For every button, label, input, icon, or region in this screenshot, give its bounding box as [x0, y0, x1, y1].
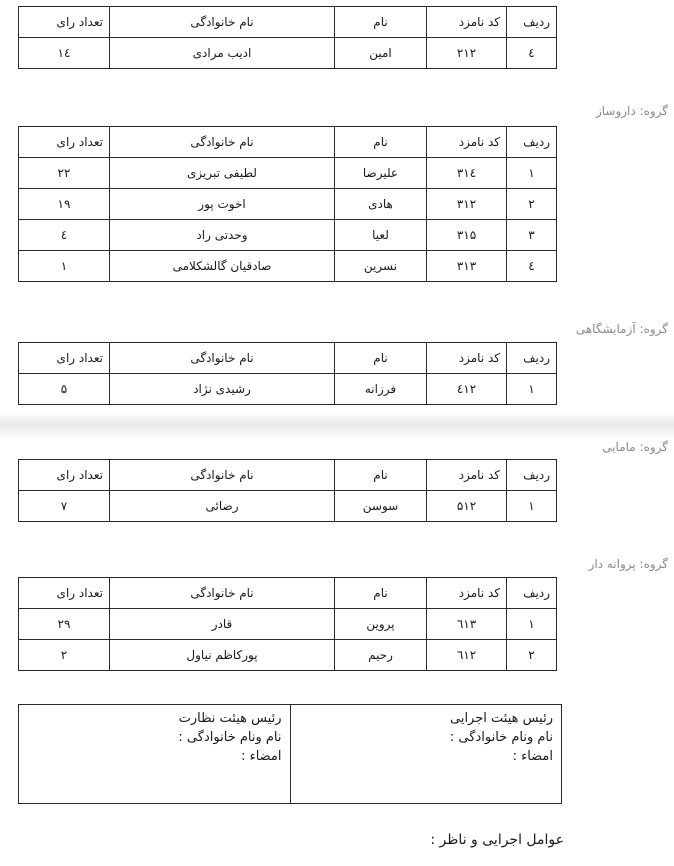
executive-title: رئیس هیئت اجرایی	[299, 709, 554, 728]
table-header-row: ردیف کد نامزد نام نام خانوادگی تعداد رای	[19, 127, 557, 158]
scan-smudge	[0, 412, 674, 440]
cell-name: پروین	[335, 609, 427, 640]
cell-radif: ۲	[507, 189, 557, 220]
cell-votes: ۵	[19, 374, 110, 405]
table-row: ۱ ٦۱۳ پروین قادر ۲۹	[19, 609, 557, 640]
cell-votes: ۲۹	[19, 609, 110, 640]
header-radif: ردیف	[507, 127, 557, 158]
table-header-row: ردیف کد نامزد نام نام خانوادگی تعداد رای	[19, 578, 557, 609]
executive-sign-label: امضاء :	[299, 747, 554, 766]
cell-family: پورکاظم نیاول	[110, 640, 335, 671]
cell-name: رحیم	[335, 640, 427, 671]
group-label-pharmacist: گروه: داروساز	[596, 104, 668, 118]
header-votes: تعداد رای	[19, 460, 110, 491]
cell-votes: ۱۹	[19, 189, 110, 220]
header-radif: ردیف	[507, 343, 557, 374]
header-name: نام	[335, 343, 427, 374]
cell-radif: ۱	[507, 374, 557, 405]
group-label-midwifery: گروه: مامایی	[602, 440, 668, 454]
cell-family: رشیدی نژاد	[110, 374, 335, 405]
cell-name: نسرین	[335, 251, 427, 282]
signature-box: رئیس هیئت اجرایی نام ونام خانوادگی : امض…	[18, 704, 562, 804]
cell-votes: ۱٤	[19, 38, 110, 69]
cell-code: ۵۱۲	[427, 491, 507, 522]
executive-name-label: نام ونام خانوادگی :	[299, 728, 554, 747]
header-code: کد نامزد	[427, 7, 507, 38]
group-label-licensed: گروه: پروانه دار	[589, 557, 668, 571]
cell-name: فرزانه	[335, 374, 427, 405]
table-row: ۱ ٤۱۲ فرزانه رشیدی نژاد ۵	[19, 374, 557, 405]
header-family: نام خانوادگی	[110, 7, 335, 38]
cell-family: اخوت پور	[110, 189, 335, 220]
table-row: ۱ ۵۱۲ سوسن رضائی ۷	[19, 491, 557, 522]
table-header-row: ردیف کد نامزد نام نام خانوادگی تعداد رای	[19, 460, 557, 491]
header-votes: تعداد رای	[19, 7, 110, 38]
supervisory-name-label: نام ونام خانوادگی :	[27, 728, 282, 747]
cell-name: لعیا	[335, 220, 427, 251]
cell-radif: ۳	[507, 220, 557, 251]
cell-code: ۳۱۳	[427, 251, 507, 282]
header-name: نام	[335, 127, 427, 158]
cell-family: صادقیان گالشکلامی	[110, 251, 335, 282]
supervisory-sign-label: امضاء :	[27, 747, 282, 766]
cell-code: ۳۱۵	[427, 220, 507, 251]
cell-code: ۳۱۲	[427, 189, 507, 220]
cell-radif: ۱	[507, 609, 557, 640]
cell-votes: ٤	[19, 220, 110, 251]
cell-votes: ۷	[19, 491, 110, 522]
header-radif: ردیف	[507, 578, 557, 609]
cell-votes: ۲	[19, 640, 110, 671]
cell-code: ۳۱٤	[427, 158, 507, 189]
table-header-row: ردیف کد نامزد نام نام خانوادگی تعداد رای	[19, 343, 557, 374]
cell-code: ٦۱۳	[427, 609, 507, 640]
votes-table-continued: ردیف کد نامزد نام نام خانوادگی تعداد رای…	[18, 6, 557, 69]
votes-table-pharmacist: ردیف کد نامزد نام نام خانوادگی تعداد رای…	[18, 126, 557, 282]
header-radif: ردیف	[507, 7, 557, 38]
votes-table-licensed: ردیف کد نامزد نام نام خانوادگی تعداد رای…	[18, 577, 557, 671]
cell-code: ٦۱۲	[427, 640, 507, 671]
cell-family: رضائی	[110, 491, 335, 522]
header-code: کد نامزد	[427, 578, 507, 609]
cell-family: لطیفی تبریزی	[110, 158, 335, 189]
header-family: نام خانوادگی	[110, 460, 335, 491]
cell-name: علیرضا	[335, 158, 427, 189]
cell-votes: ۲۲	[19, 158, 110, 189]
table-header-row: ردیف کد نامزد نام نام خانوادگی تعداد رای	[19, 7, 557, 38]
supervisory-title: رئیس هیئت نظارت	[27, 709, 282, 728]
cell-radif: ۲	[507, 640, 557, 671]
header-name: نام	[335, 7, 427, 38]
cell-radif: ٤	[507, 38, 557, 69]
group-label-laboratory: گروه: آزمایشگاهی	[576, 322, 668, 336]
header-code: کد نامزد	[427, 460, 507, 491]
header-family: نام خانوادگی	[110, 343, 335, 374]
header-votes: تعداد رای	[19, 578, 110, 609]
table-row: ٤ ۲۱۲ امین ادیب مرادی ۱٤	[19, 38, 557, 69]
cell-family: قادر	[110, 609, 335, 640]
cell-code: ۲۱۲	[427, 38, 507, 69]
table-row: ۲ ۳۱۲ هادی اخوت پور ۱۹	[19, 189, 557, 220]
footer-note: عوامل اجرایی و ناظر :	[430, 832, 564, 848]
table-row: ۳ ۳۱۵ لعیا وحدتی راد ٤	[19, 220, 557, 251]
cell-radif: ۱	[507, 491, 557, 522]
header-radif: ردیف	[507, 460, 557, 491]
cell-name: هادی	[335, 189, 427, 220]
header-name: نام	[335, 460, 427, 491]
cell-name: سوسن	[335, 491, 427, 522]
cell-name: امین	[335, 38, 427, 69]
table-row: ۲ ٦۱۲ رحیم پورکاظم نیاول ۲	[19, 640, 557, 671]
votes-table-midwifery: ردیف کد نامزد نام نام خانوادگی تعداد رای…	[18, 459, 557, 522]
table-row: ٤ ۳۱۳ نسرین صادقیان گالشکلامی ۱	[19, 251, 557, 282]
cell-code: ٤۱۲	[427, 374, 507, 405]
header-name: نام	[335, 578, 427, 609]
cell-radif: ٤	[507, 251, 557, 282]
cell-radif: ۱	[507, 158, 557, 189]
header-votes: تعداد رای	[19, 127, 110, 158]
cell-family: ادیب مرادی	[110, 38, 335, 69]
header-family: نام خانوادگی	[110, 127, 335, 158]
table-row: ۱ ۳۱٤ علیرضا لطیفی تبریزی ۲۲	[19, 158, 557, 189]
cell-votes: ۱	[19, 251, 110, 282]
votes-table-laboratory: ردیف کد نامزد نام نام خانوادگی تعداد رای…	[18, 342, 557, 405]
header-code: کد نامزد	[427, 127, 507, 158]
cell-family: وحدتی راد	[110, 220, 335, 251]
supervisory-signature-cell: رئیس هیئت نظارت نام ونام خانوادگی : امضا…	[19, 705, 291, 803]
header-family: نام خانوادگی	[110, 578, 335, 609]
header-votes: تعداد رای	[19, 343, 110, 374]
executive-signature-cell: رئیس هیئت اجرایی نام ونام خانوادگی : امض…	[291, 705, 562, 803]
header-code: کد نامزد	[427, 343, 507, 374]
